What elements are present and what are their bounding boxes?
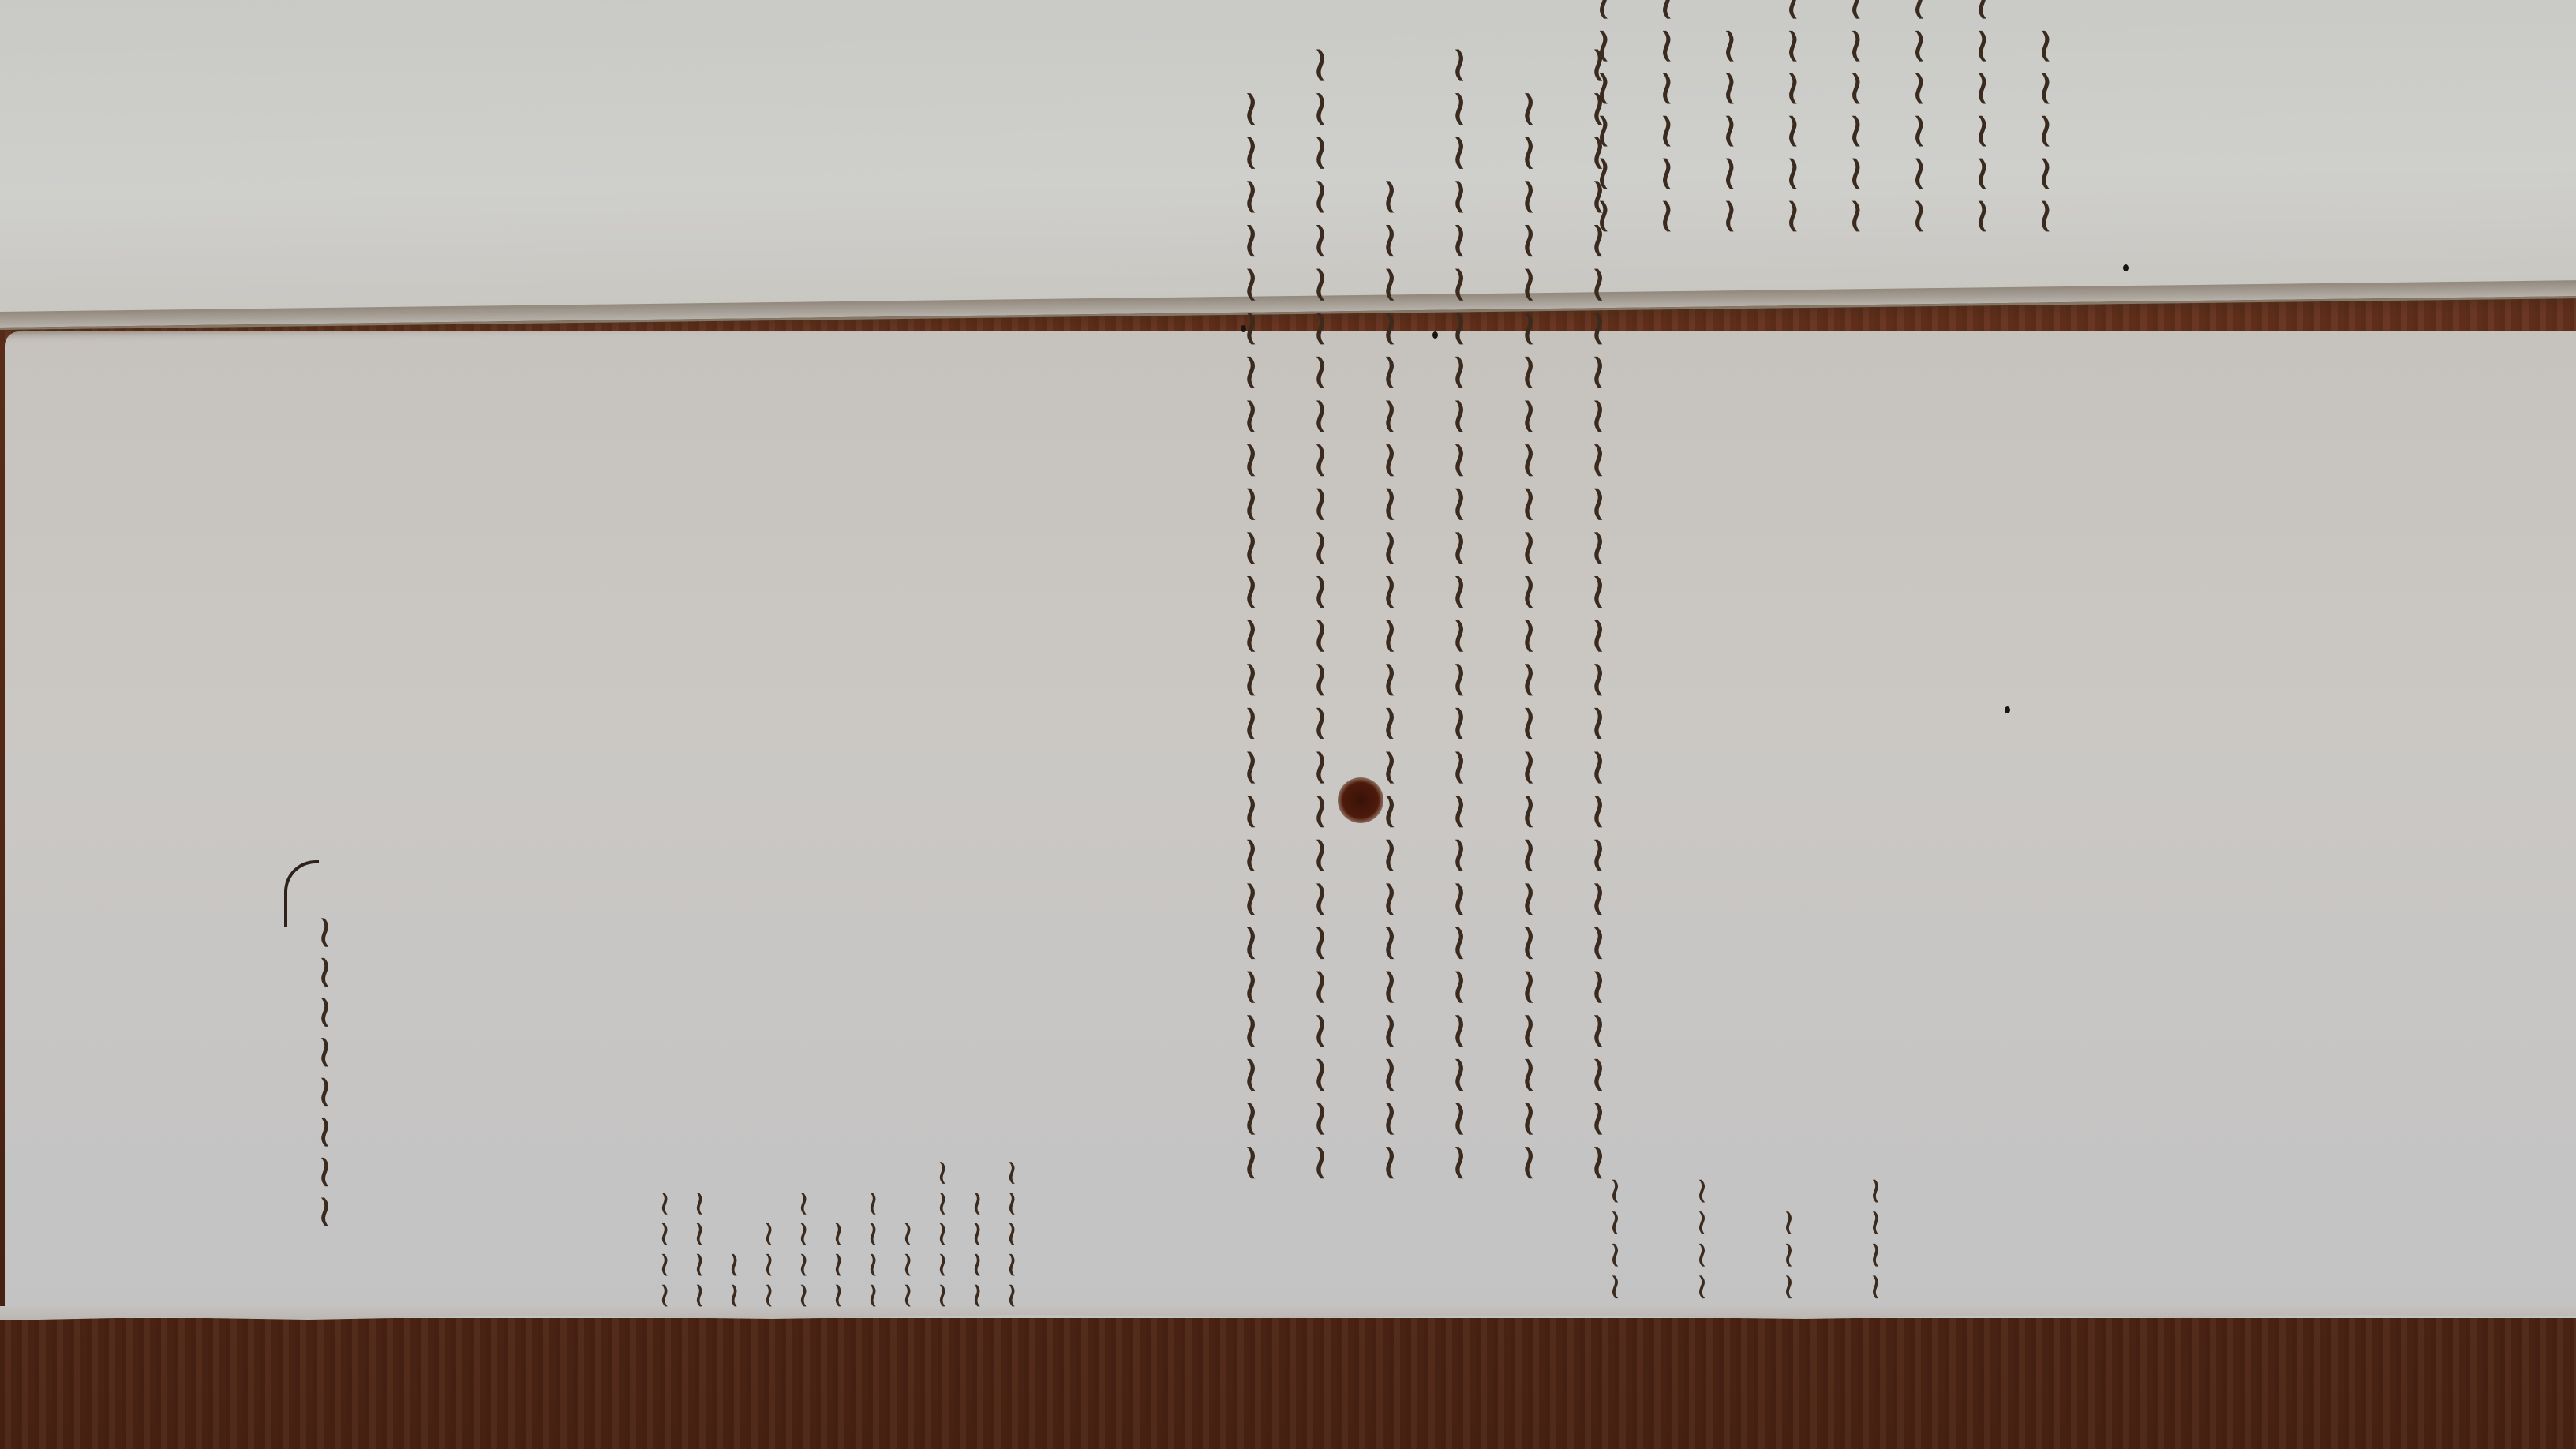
script-line: ~~~ [821, 1157, 856, 1310]
script-line: ~~~~~~~~~~~~~~~~~~~~~~~~~ [1493, 43, 1563, 1184]
script-line: ~~~~ [960, 1157, 994, 1310]
script-line: ~~~~ [786, 1157, 821, 1310]
script-line: ~~~ [751, 1157, 786, 1310]
upper-leaf-handwriting: ~~~~~~~ ~~~~~~ ~~~~~ ~~~~~~~ ~~~~~~ ~~~~… [1571, 0, 2076, 237]
script-line: ~~~~~~~~~~~~~~~~~~~~~~~~~~ [1285, 43, 1354, 1184]
script-line: ~~~~ [1571, 1174, 1657, 1302]
script-line: ~~~~~~~~~~~~~~~~~~~~~~~~~~ [1563, 43, 1632, 1184]
ink-dot [2005, 706, 2010, 713]
signature-handwriting: ~~~~~~~~ [300, 912, 347, 1231]
script-line: ~~~~~~ [1634, 0, 1697, 237]
script-line: ~~ [717, 1157, 751, 1310]
script-line: ~~~~ [856, 1157, 890, 1310]
script-line: ~~~~~ [994, 1157, 1029, 1310]
script-line: ~~~~ [1657, 1174, 1744, 1302]
ink-dot [2123, 264, 2129, 271]
right-marginalia-handwriting: ~~~~ ~~~~ ~~~ ~~~~ [1571, 1174, 1918, 1302]
script-line: ~~~~~ [1697, 0, 1760, 237]
script-line: ~~~~~~ [1886, 0, 1949, 237]
main-body-handwriting: ~~~~~~~~~~~~~~~~~~~~~~~~~ ~~~~~~~~~~~~~~… [1215, 43, 1632, 1184]
ink-blot-hole [1338, 777, 1383, 823]
ink-dot [1432, 331, 1438, 339]
script-line: ~~~~~~~ [1949, 0, 2012, 237]
left-column-handwriting: ~~~~ ~~~~ ~~ ~~~ ~~~~ ~~~ ~~~~ ~~~ ~~~~~… [647, 1157, 1029, 1310]
script-line: ~~~~~~ [1823, 0, 1886, 237]
script-line: ~~~ [890, 1157, 925, 1310]
script-line: ~~~~~~~~~~~~~~~~~~~~~~~ [1354, 43, 1424, 1184]
script-line: ~~~~ [647, 1157, 682, 1310]
script-line: ~~~~ [682, 1157, 717, 1310]
ink-dot [1241, 325, 1246, 332]
script-line: ~~~~~~~~~~~~~~~~~~~~~~~~~ [1215, 43, 1285, 1184]
script-line: ~~~~~~~~ [300, 912, 347, 1231]
script-line: ~~~~ [1831, 1174, 1918, 1302]
script-line: ~~~~~ [925, 1157, 960, 1310]
script-line: ~~~~~~~ [1760, 0, 1823, 237]
script-line: ~~~ [1744, 1174, 1831, 1302]
script-line: ~~~~~~~~~~~~~~~~~~~~~~~~~~ [1424, 43, 1493, 1184]
script-line: ~~~~~ [2012, 0, 2076, 237]
